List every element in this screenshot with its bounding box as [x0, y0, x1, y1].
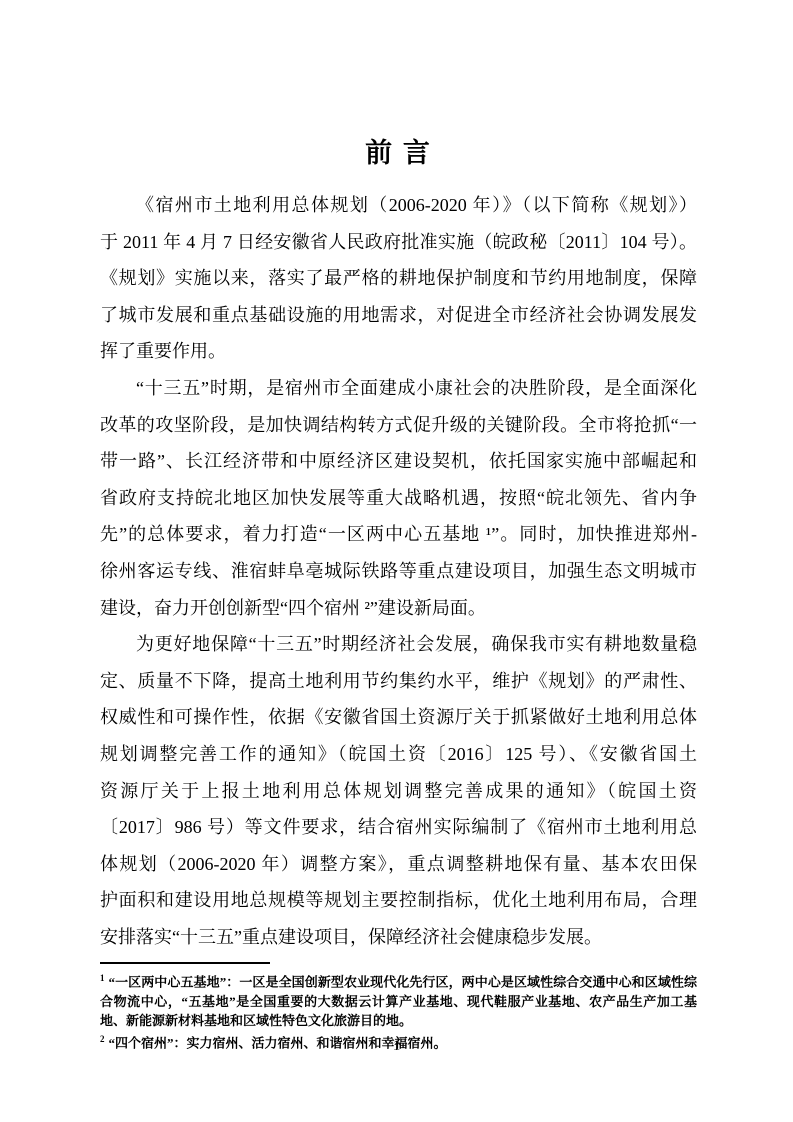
body-paragraphs: 《宿州市土地利用总体规划（2006-2020 年）》（以下简称《规划》）于 20…	[100, 187, 697, 955]
text-line: 安排落实“十三五”重点建设项目，保障经济社会健康稳步发展。	[100, 919, 697, 956]
text-line: 挥了重要作用。	[100, 333, 697, 370]
footnote-divider	[100, 962, 270, 964]
text-line: 建设，奋力开创创新型“四个宿州 ²”建设新局面。	[100, 590, 697, 627]
text-line: 护面积和建设用地总规模等规划主要控制指标，优化土地利用布局，合理	[100, 882, 697, 919]
text-line: 改革的攻坚阶段，是加快调结构转方式促升级的关键阶段。全市将抢抓“一	[100, 407, 697, 444]
text-line: “十三五”时期，是宿州市全面建成小康社会的决胜阶段，是全面深化	[100, 370, 697, 407]
footnote-marker: 1	[100, 973, 105, 983]
text-line: 权威性和可操作性，依据《安徽省国土资源厅关于抓紧做好土地利用总体	[100, 699, 697, 736]
text-line: 《宿州市土地利用总体规划（2006-2020 年）》（以下简称《规划》）	[100, 187, 697, 224]
text-line: 《规划》实施以来，落实了最严格的耕地保护制度和节约用地制度，保障	[100, 260, 697, 297]
text-line: 省政府支持皖北地区加快发展等重大战略机遇，按照“皖北领先、省内争	[100, 480, 697, 517]
text-line: 〔2017〕986 号）等文件要求，结合宿州实际编制了《宿州市土地利用总	[100, 809, 697, 846]
document-page: 前 言 《宿州市土地利用总体规划（2006-2020 年）》（以下简称《规划》）…	[0, 0, 793, 1122]
footnote: 1“一区两中心五基地”：一区是全国创新型农业现代化先行区，两中心是区域性综合交通…	[100, 969, 697, 1029]
text-line: 定、质量不下降，提高土地利用节约集约水平，维护《规划》的严肃性、	[100, 663, 697, 700]
page-title: 前 言	[100, 136, 697, 170]
text-line: 于 2011 年 4 月 7 日经安徽省人民政府批准实施（皖政秘〔2011〕10…	[100, 224, 697, 261]
text-line: 体规划（2006-2020 年）调整方案》，重点调整耕地保有量、基本农田保	[100, 846, 697, 883]
page-number: 1	[0, 1036, 793, 1056]
text-line: 徐州客运专线、淮宿蚌阜亳城际铁路等重点建设项目，加强生态文明城市	[100, 553, 697, 590]
text-line: 为更好地保障“十三五”时期经济社会发展，确保我市实有耕地数量稳	[100, 626, 697, 663]
text-line: 带一路”、长江经济带和中原经济区建设契机，依托国家实施中部崛起和	[100, 443, 697, 480]
text-line: 资源厅关于上报土地利用总体规划调整完善成果的通知》（皖国土资	[100, 773, 697, 810]
text-line: 了城市发展和重点基础设施的用地需求，对促进全市经济社会协调发展发	[100, 297, 697, 334]
text-line: 先”的总体要求，着力打造“一区两中心五基地 ¹”。同时，加快推进郑州-	[100, 516, 697, 553]
text-line: 规划调整完善工作的通知》（皖国土资〔2016〕125 号）、《安徽省国土	[100, 736, 697, 773]
